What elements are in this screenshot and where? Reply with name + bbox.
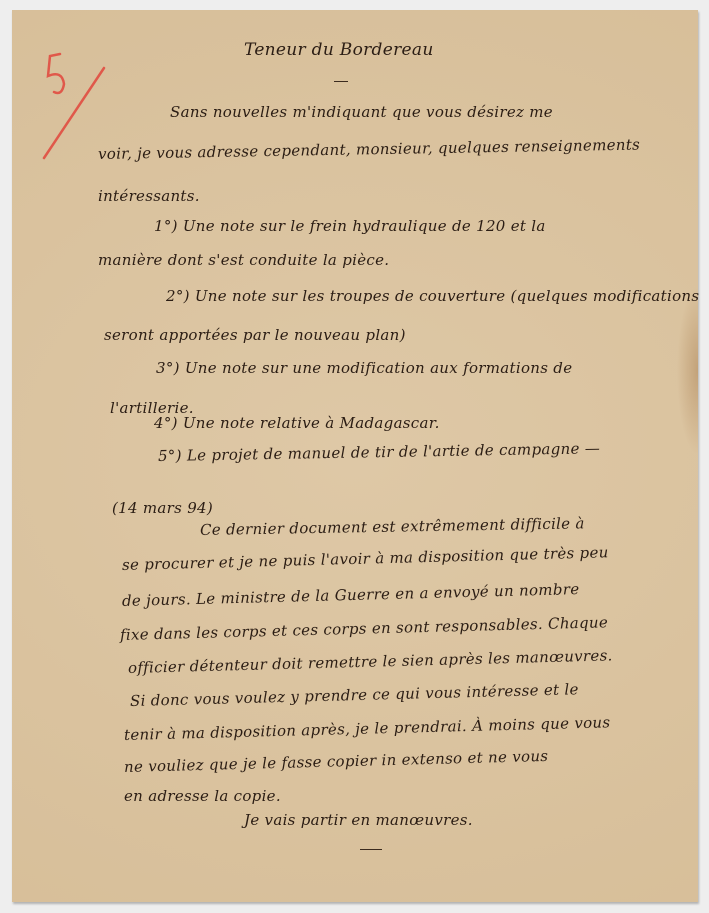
document-title: Teneur du Bordereau [244, 40, 434, 60]
text-line: fixe dans les corps et ces corps en sont… [120, 613, 609, 644]
document-page: Teneur du Bordereau Sans nouvelles m'ind… [12, 10, 698, 902]
text-line: 3°) Une note sur une modification aux fo… [156, 359, 572, 377]
text-line: officier détenteur doit remettre le sien… [128, 646, 613, 677]
text-line: Ce dernier document est extrêmement diff… [200, 514, 585, 539]
closing-divider [360, 849, 382, 850]
text-line: seront apportées par le nouveau plan) [104, 326, 406, 344]
text-line: Je vais partir en manœuvres. [244, 811, 473, 829]
page-number-mark [32, 40, 122, 160]
text-line: voir, je vous adresse cependant, monsieu… [98, 136, 640, 163]
text-line: intéressants. [98, 187, 200, 205]
text-line: 1°) Une note sur le frein hydraulique de… [154, 217, 546, 235]
text-line: tenir à ma disposition après, je le pren… [124, 713, 611, 744]
text-line: 4°) Une note relative à Madagascar. [154, 414, 440, 432]
text-line: de jours. Le ministre de la Guerre en a … [122, 580, 580, 610]
red-pencil-mark-icon [32, 40, 122, 160]
text-line: 5°) Le projet de manuel de tir de l'arti… [158, 439, 600, 465]
text-line: en adresse la copie. [124, 787, 281, 805]
text-line: se procurer et je ne puis l'avoir à ma d… [122, 543, 609, 574]
text-line: (14 mars 94) [112, 499, 213, 517]
title-divider [334, 81, 348, 82]
text-line: Sans nouvelles m'indiquant que vous dési… [170, 103, 553, 121]
text-line: manière dont s'est conduite la pièce. [98, 251, 389, 269]
text-line: Si donc vous voulez y prendre ce qui vou… [130, 680, 579, 710]
text-line: ne vouliez que je le fasse copier in ext… [124, 747, 549, 776]
text-line: 2°) Une note sur les troupes de couvertu… [166, 287, 699, 305]
